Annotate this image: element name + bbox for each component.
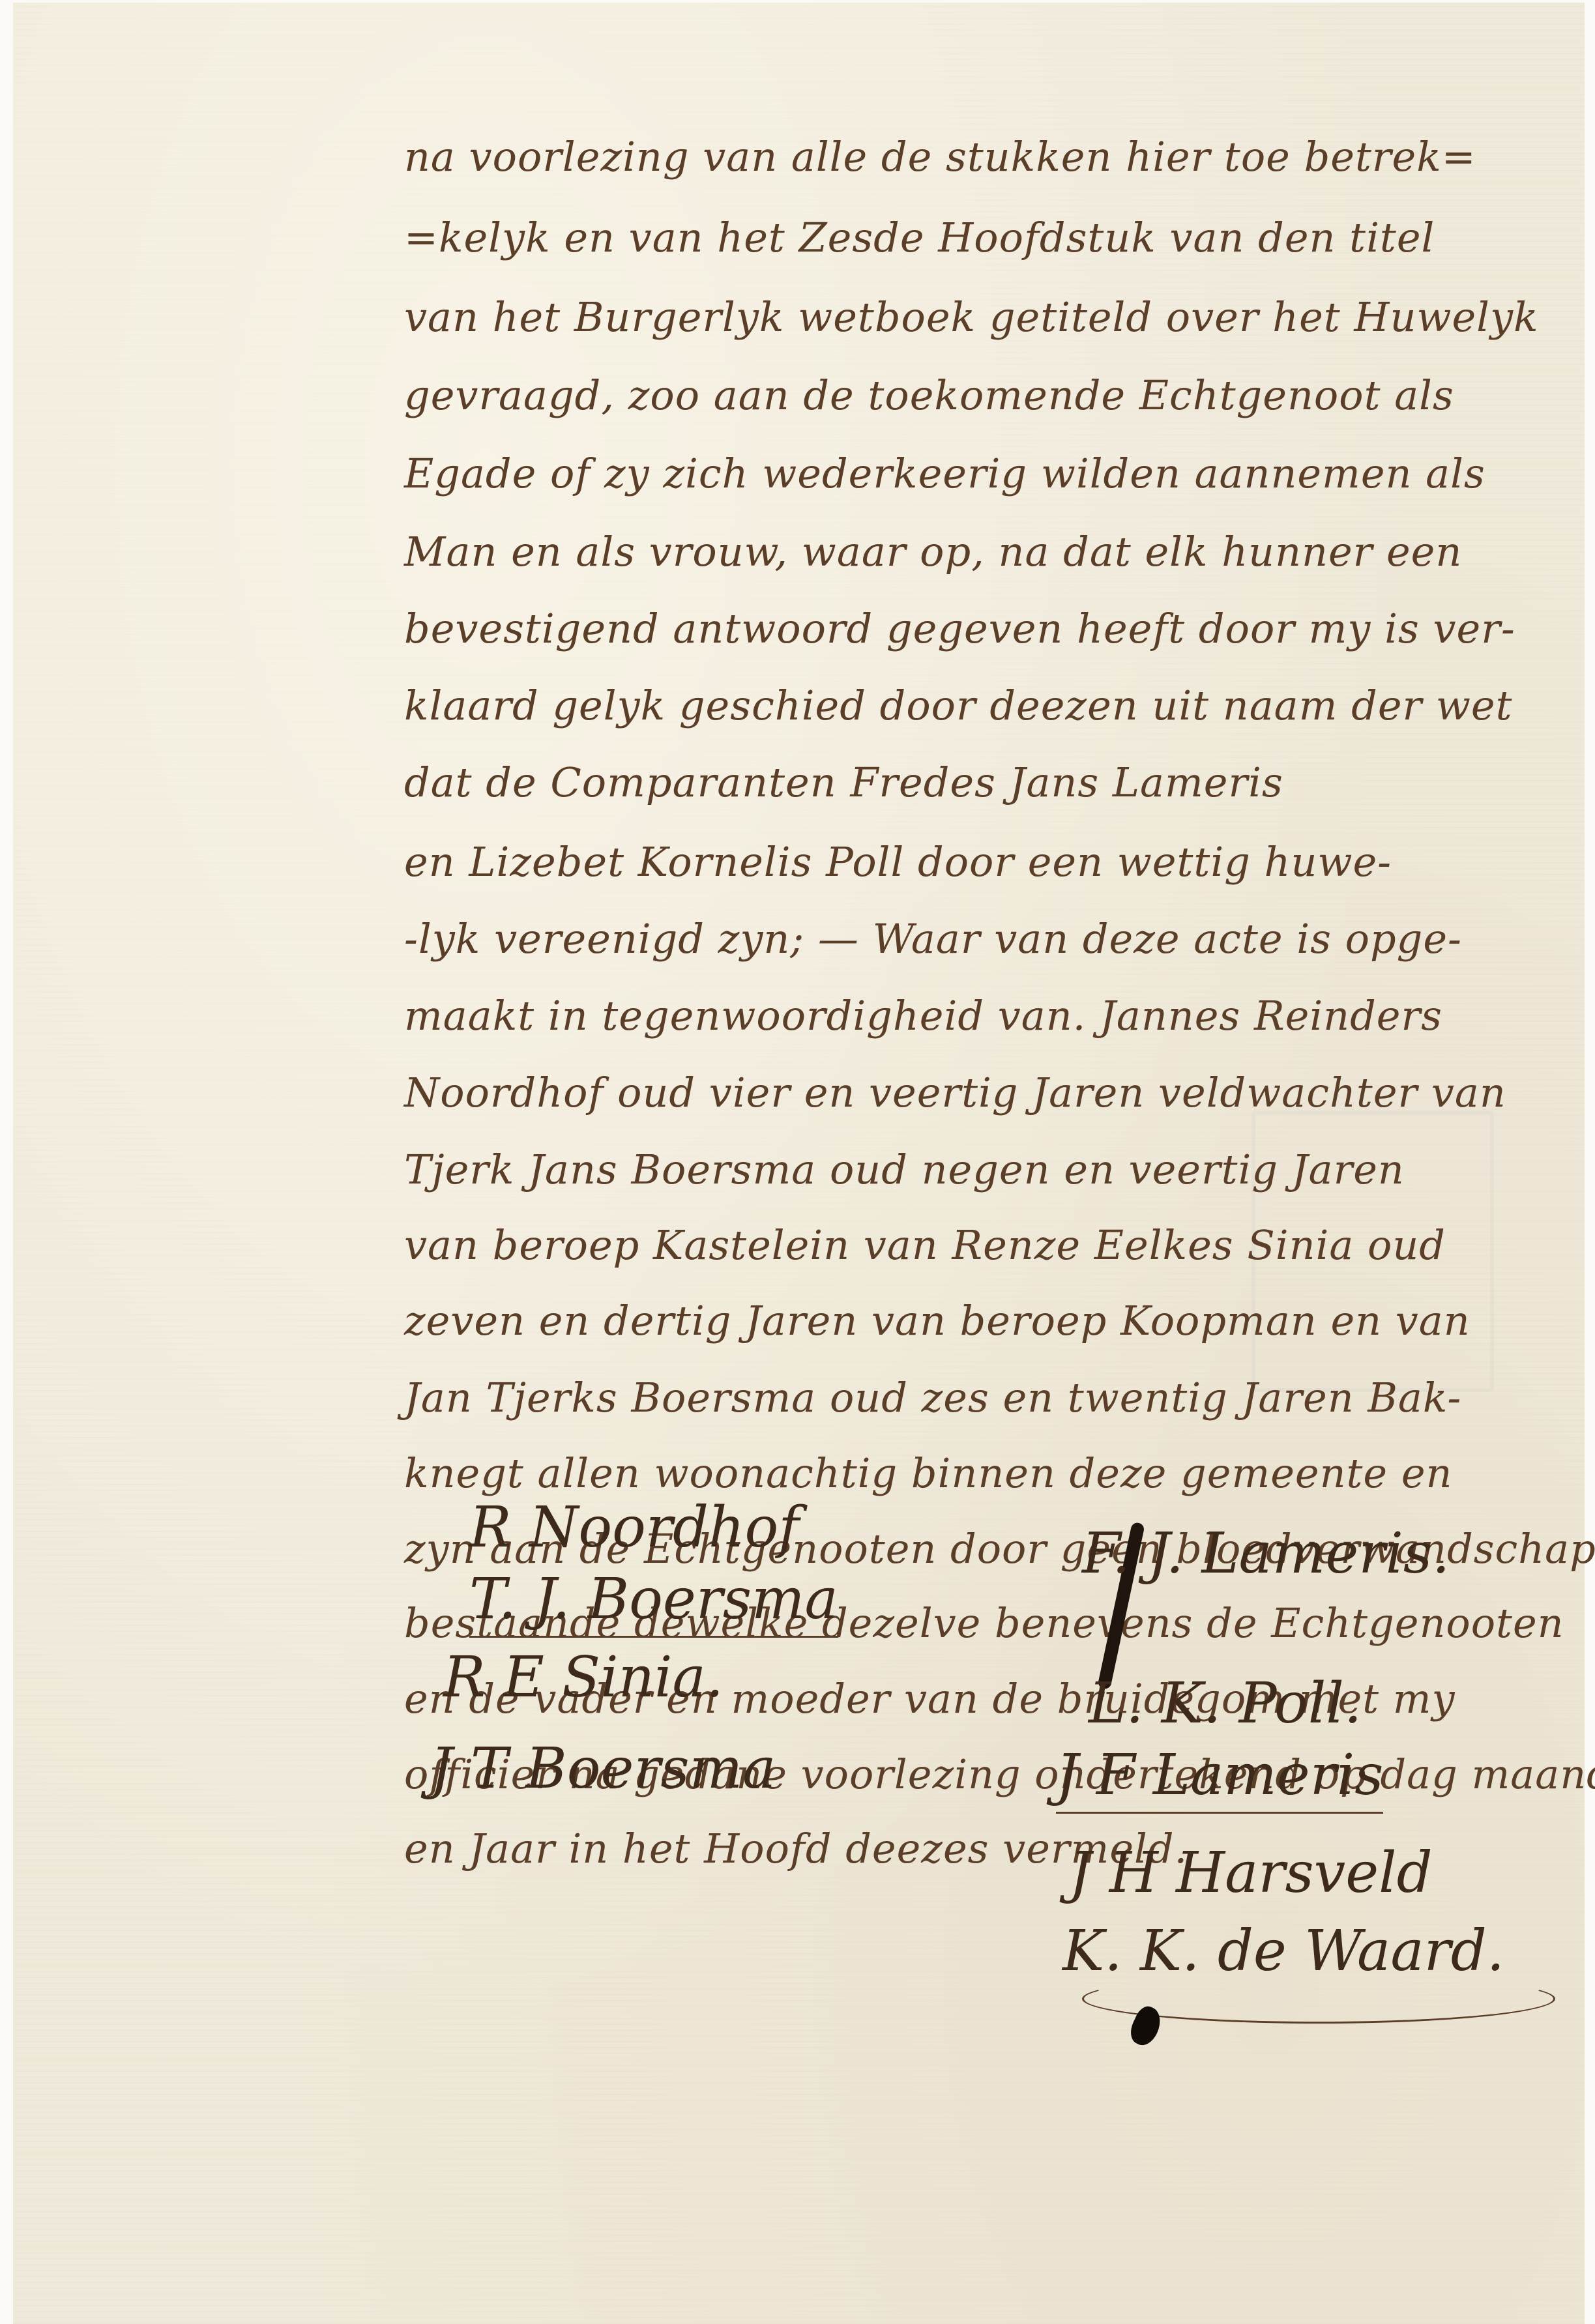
signature: L. K. Poll. xyxy=(1089,1671,1362,1736)
text-line: dat de Comparanten Fredes Jans Lameris xyxy=(404,759,1283,806)
text-line: maakt in tegenwoordigheid van. Jannes Re… xyxy=(404,992,1442,1039)
signature: J T Boersma xyxy=(430,1736,776,1801)
text-line: en Lizebet Kornelis Poll door een wettig… xyxy=(404,838,1392,886)
document-page: na voorlezing van alle de stukken hier t… xyxy=(13,3,1585,2324)
text-line: van het Burgerlyk wetboek getiteld over … xyxy=(404,293,1539,341)
text-line: Jan Tjerks Boersma oud zes en twentig Ja… xyxy=(404,1374,1461,1421)
text-line: gevraagd, zoo aan de toekomende Echtgeno… xyxy=(404,371,1454,419)
text-line: Noordhof oud vier en veertig Jaren veldw… xyxy=(404,1069,1506,1116)
text-line: Tjerk Jans Boersma oud negen en veertig … xyxy=(404,1146,1405,1193)
text-line: -lyk vereenigd zyn; — Waar van deze acte… xyxy=(404,915,1462,963)
text-line: bevestigend antwoord gegeven heeft door … xyxy=(404,605,1515,652)
signature: T. J. Boersma xyxy=(469,1567,838,1638)
text-line: zeven en dertig Jaren van beroep Koopman… xyxy=(404,1297,1471,1344)
text-line: na voorlezing van alle de stukken hier t… xyxy=(404,133,1476,181)
signature: R E Sinia. xyxy=(443,1645,724,1710)
text-line: =kelyk en van het Zesde Hoofdstuk van de… xyxy=(404,214,1435,261)
text-line: klaard gelyk geschied door deezen uit na… xyxy=(404,682,1513,729)
text-line: Man en als vrouw, waar op, na dat elk hu… xyxy=(404,528,1462,575)
signature: F. J. Lameris. xyxy=(1082,1521,1450,1586)
text-line: van beroep Kastelein van Renze Eelkes Si… xyxy=(404,1221,1446,1269)
signature: J H Harsveld xyxy=(1069,1840,1433,1906)
text-line: knegt allen woonachtig binnen deze gemee… xyxy=(404,1449,1452,1497)
signature: J F Lameris xyxy=(1056,1743,1383,1814)
text-line: Egade of zy zich wederkeerig wilden aann… xyxy=(404,450,1485,497)
signature: R Noordhof xyxy=(469,1495,799,1560)
